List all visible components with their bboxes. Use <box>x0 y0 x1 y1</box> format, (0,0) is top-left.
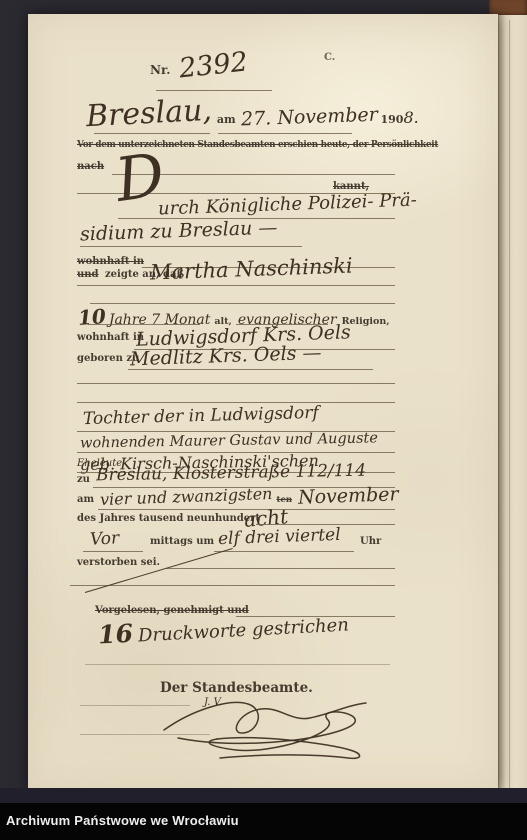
document-page: C. Nr. 2392 Breslau, am 27. November 190… <box>28 14 498 790</box>
ruled-line <box>214 551 354 552</box>
printed-am-death: am <box>77 494 94 505</box>
page-crease <box>509 20 510 790</box>
table-surface-band <box>0 788 527 804</box>
photographed-scene: C. Nr. 2392 Breslau, am 27. November 190… <box>0 0 527 840</box>
adjacent-page-edge <box>498 15 527 796</box>
printed-verstorben-sei: verstorben sei. <box>77 557 160 568</box>
ruled-line <box>90 303 395 304</box>
printed-uhr: Uhr <box>360 536 381 547</box>
registrar-signature <box>150 692 385 764</box>
archive-label: Archiwum Państwowe we Wrocławiu <box>6 813 239 828</box>
ruled-line <box>83 551 143 552</box>
ruled-line <box>88 324 200 325</box>
struck-nach: nach <box>77 161 104 172</box>
printed-zu: zu <box>77 474 90 485</box>
struck-wohnhaft-in: wohnhaft in <box>77 256 144 267</box>
nr-label: Nr. <box>150 63 170 77</box>
printed-year-line: des Jahres tausend neunhundert <box>77 513 260 524</box>
year-digit: 8. <box>403 108 418 127</box>
archive-watermark-bar: Archiwum Państwowe we Wrocławiu <box>0 803 527 840</box>
death-month: November <box>298 483 399 508</box>
parent-line-2: wohnenden Maurer Gustav und Auguste <box>80 430 378 451</box>
deleted-words-count: 16 <box>97 619 133 650</box>
ruled-line <box>77 383 395 384</box>
age-number: 10 <box>77 304 106 330</box>
record-date: 27. November <box>240 104 377 131</box>
printed-wohnhaft-in: wohnhaft in <box>77 332 144 343</box>
ruled-line <box>70 585 395 586</box>
ruled-line <box>80 734 210 735</box>
death-day: vier und zwanzigsten <box>100 484 273 509</box>
ruled-line <box>77 402 395 403</box>
struck-und: und <box>77 269 99 280</box>
record-number: 2392 <box>178 46 250 84</box>
ruled-line <box>218 133 352 134</box>
ruled-line <box>94 133 210 134</box>
death-time: elf drei viertel <box>218 525 341 549</box>
authority-line-2: sidium zu Breslau — <box>80 217 278 246</box>
decedent-name: Martha Naschinski <box>150 253 353 284</box>
printed-year: 190 <box>380 113 403 126</box>
ruled-line <box>128 369 373 370</box>
vormittags-prefix: Vor <box>89 528 119 549</box>
deleted-words-note: Druckworte gestrichen <box>138 614 350 646</box>
age-text: Jahre 7 Monat <box>109 312 211 328</box>
ruled-line <box>85 664 390 665</box>
printed-mittags-um: mittags um <box>150 536 214 547</box>
ruled-line <box>80 705 190 706</box>
death-place-text: Breslau, Klosterstraße 112/114 <box>96 461 366 486</box>
parent-line-1: Tochter der in Ludwigsdorf <box>83 403 319 429</box>
cancellation-slash <box>85 548 233 593</box>
ruled-line <box>77 285 395 286</box>
corner-mark: C. <box>324 52 335 63</box>
printed-am: am <box>217 113 236 126</box>
place-name: Breslau, <box>85 93 213 135</box>
ruled-line <box>156 90 272 91</box>
ruled-line <box>80 246 302 247</box>
ruled-line <box>166 568 395 569</box>
